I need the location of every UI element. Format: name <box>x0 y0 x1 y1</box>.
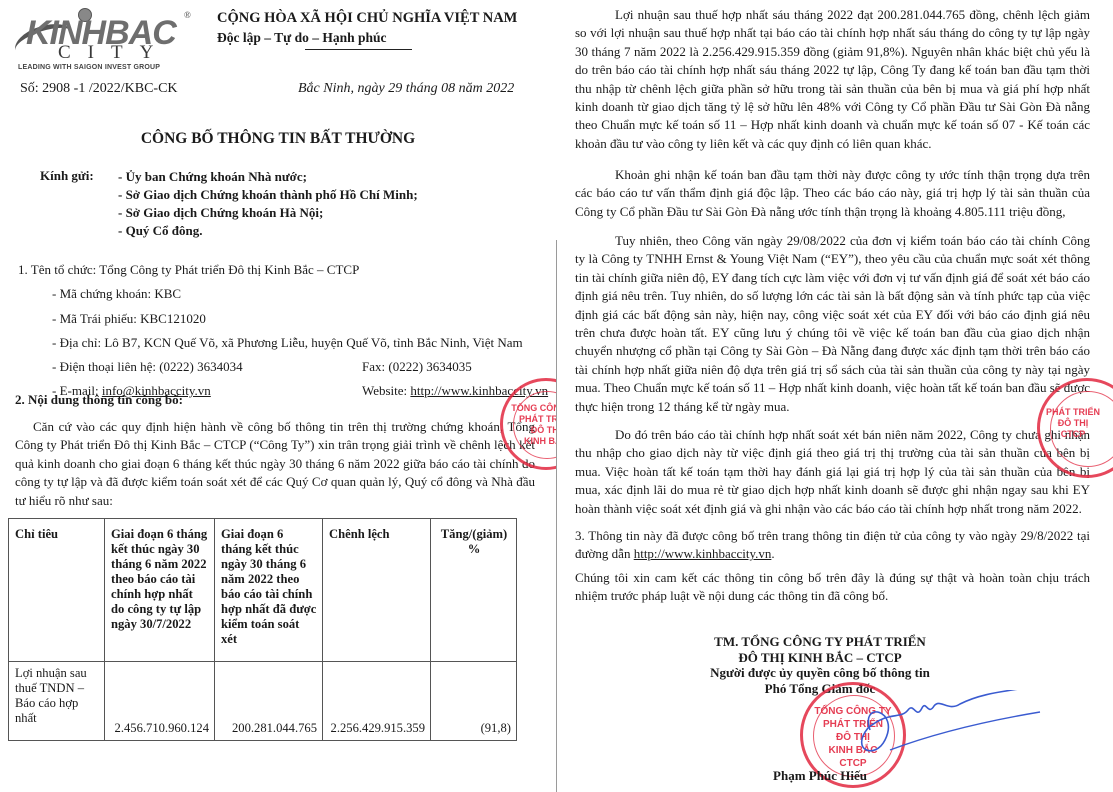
recipient-item: - Quý Cổ đông. <box>118 222 418 240</box>
left-page: KINHBAC CITY LEADING WITH SAIGON INVEST … <box>0 0 556 792</box>
logo-tagline: LEADING WITH SAIGON INVEST GROUP <box>18 64 160 71</box>
signatory-role1: Người được ủy quyền công bố thông tin <box>560 665 1080 681</box>
website-label: Website: <box>362 383 410 398</box>
phone: - Điện thoại liên hệ: (0222) 3634034 <box>52 355 362 379</box>
recipient-item: - Sở Giao dịch Chứng khoán Hà Nội; <box>118 204 418 222</box>
organization-info: 1. Tên tổ chức: Tổng Công ty Phát triển … <box>18 258 548 404</box>
contact-row: - Điện thoại liên hệ: (0222) 3634034 Fax… <box>18 355 548 379</box>
handwritten-signature-icon <box>830 690 1050 770</box>
motto-underline <box>305 49 412 50</box>
value-reviewed: 200.281.044.765 <box>215 662 323 741</box>
recipient-item: - Ủy ban Chứng khoán Nhà nước; <box>118 168 418 186</box>
paragraph-conclusion: Do đó trên báo cáo tài chính hợp nhất so… <box>575 426 1090 518</box>
registered-mark-icon: ® <box>184 10 191 20</box>
national-motto: Độc lập – Tự do – Hạnh phúc <box>217 30 387 46</box>
bond-code: - Mã Trái phiếu: KBC121020 <box>18 307 548 331</box>
row-label: Lợi nhuận sau thuế TNDN – Báo cáo hợp nh… <box>9 662 105 741</box>
table-header-row: Chỉ tiêu Giai đoạn 6 tháng kết thúc ngày… <box>9 519 517 662</box>
recipient-item: - Sở Giao dịch Chứng khoán thành phố Hồ … <box>118 186 418 204</box>
document-number: Số: 2908 -1 /2022/KBC-CK <box>20 81 178 97</box>
stock-code: - Mã chứng khoán: KBC <box>18 282 548 306</box>
recipients-label: Kính gửi: <box>40 168 94 184</box>
org-name: 1. Tên tổ chức: Tổng Công ty Phát triển … <box>18 258 548 282</box>
paragraph-profit-explanation: Lợi nhuận sau thuế hợp nhất sáu tháng 20… <box>575 6 1090 153</box>
header-change-pct: Tăng/(giảm) % <box>431 519 517 662</box>
section-2-intro: Căn cứ vào các quy định hiện hành về côn… <box>15 418 535 510</box>
signature-block: TM. TỔNG CÔNG TY PHÁT TRIỂN ĐÔ THỊ KINH … <box>560 634 1080 696</box>
value-change-pct: (91,8) <box>431 662 517 741</box>
signatory-org-line2: ĐÔ THỊ KINH BẮC – CTCP <box>560 650 1080 666</box>
header-self-prepared: Giai đoạn 6 tháng kết thúc ngày 30 tháng… <box>105 519 215 662</box>
nation-heading: CỘNG HÒA XÃ HỘI CHỦ NGHĨA VIỆT NAM <box>217 10 517 27</box>
header-difference: Chênh lệch <box>323 519 431 662</box>
place-date: Bắc Ninh, ngày 29 tháng 08 năm 2022 <box>298 81 514 97</box>
header-reviewed: Giai đoạn 6 tháng kết thúc ngày 30 tháng… <box>215 519 323 662</box>
value-self-prepared: 2.456.710.960.124 <box>105 662 215 741</box>
section-2-heading: 2. Nội dung thông tin công bố: <box>15 392 183 408</box>
signatory-name: Phạm Phúc Hiếu <box>560 768 1080 784</box>
value-difference: 2.256.429.915.359 <box>323 662 431 741</box>
fax: Fax: (0222) 3634035 <box>362 355 472 379</box>
document-title: CÔNG BỐ THÔNG TIN BẤT THƯỜNG <box>0 130 556 148</box>
header-indicator: Chỉ tiêu <box>9 519 105 662</box>
address: - Địa chỉ: Lô B7, KCN Quế Võ, xã Phương … <box>18 331 548 355</box>
profit-comparison-table: Chỉ tiêu Giai đoạn 6 tháng kết thúc ngày… <box>8 518 517 741</box>
paragraph-initial-recognition: Khoản ghi nhận kế toán ban đầu tạm thời … <box>575 166 1090 221</box>
section-3-website-link[interactable]: http://www.kinhbaccity.vn <box>634 546 772 561</box>
kinhbac-city-logo: KINHBAC CITY LEADING WITH SAIGON INVEST … <box>14 6 184 74</box>
signatory-org-line1: TM. TỔNG CÔNG TY PHÁT TRIỂN <box>560 634 1080 650</box>
section-3: 3. Thông tin này đã được công bố trên tr… <box>575 527 1090 564</box>
table-row: Lợi nhuận sau thuế TNDN – Báo cáo hợp nh… <box>9 662 517 741</box>
paragraph-ey-review: Tuy nhiên, theo Công văn ngày 29/08/2022… <box>575 232 1090 416</box>
logo-city: CITY <box>58 42 170 64</box>
recipients-list: - Ủy ban Chứng khoán Nhà nước; - Sở Giao… <box>118 168 418 240</box>
commitment-statement: Chúng tôi xin cam kết các thông tin công… <box>575 569 1090 606</box>
